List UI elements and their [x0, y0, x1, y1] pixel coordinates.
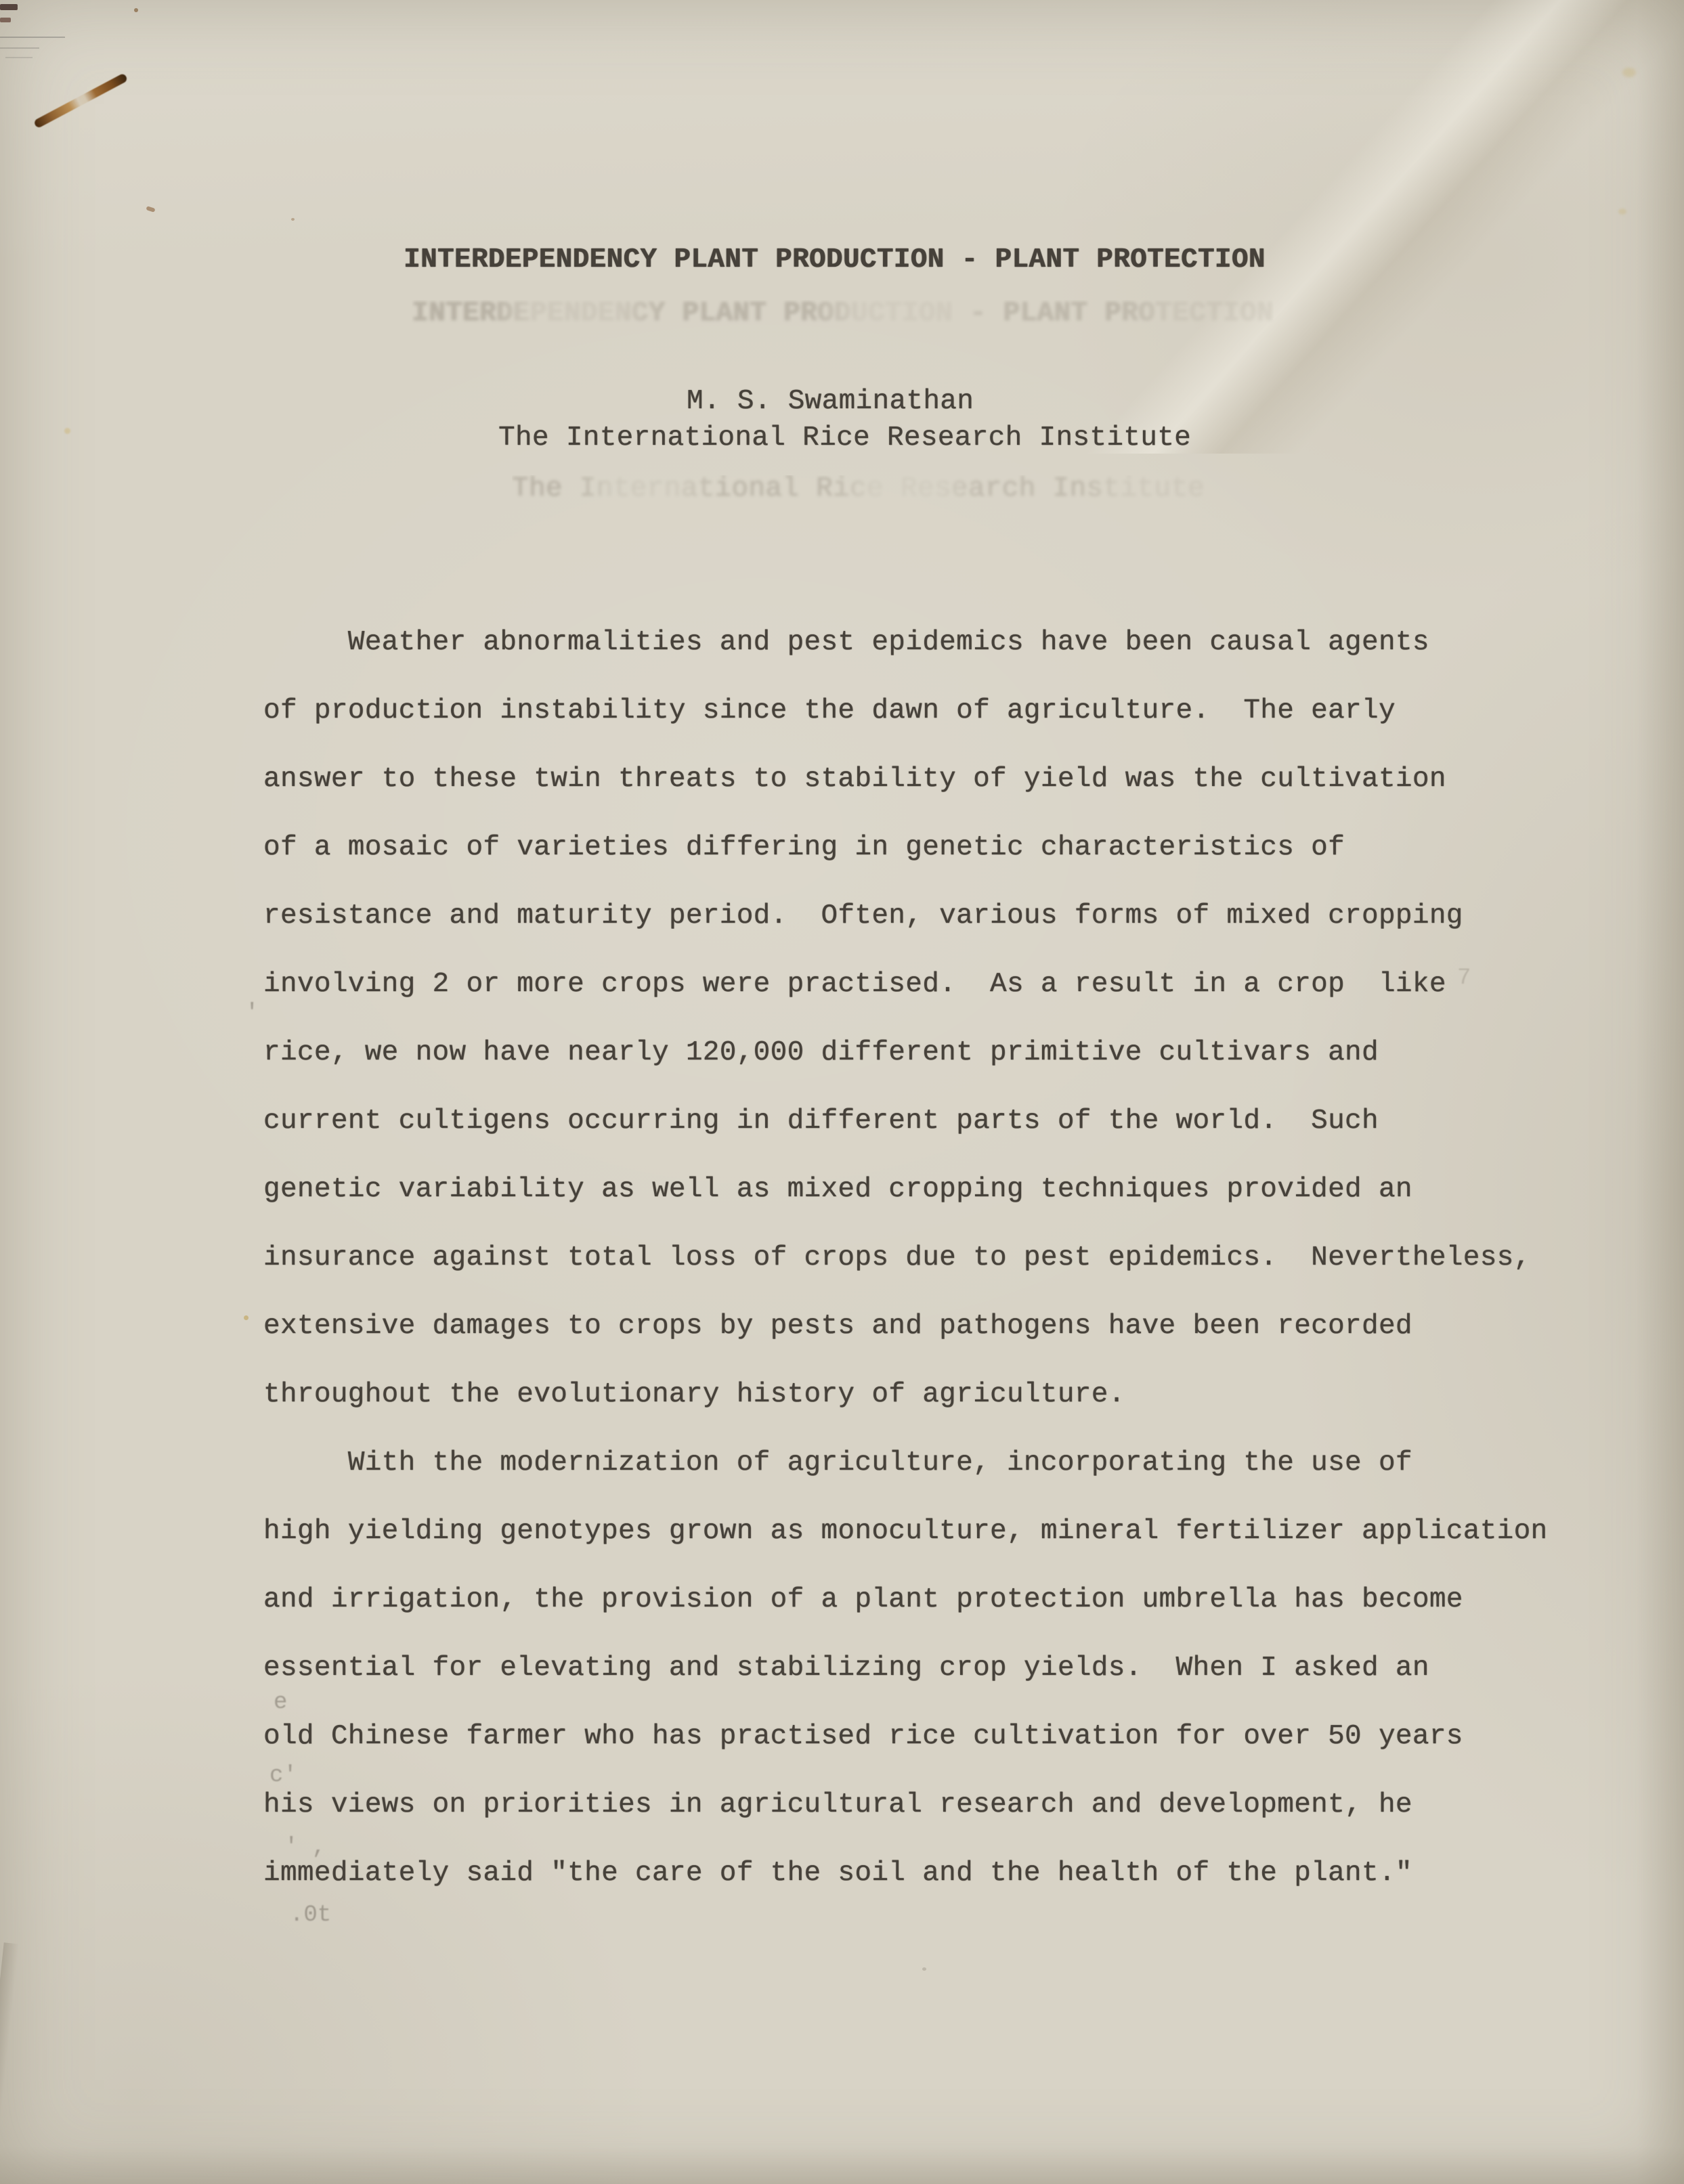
body-line: resistance and maturity period. Often, v…	[263, 902, 1463, 930]
margin-ghost-mark: '	[245, 1002, 259, 1025]
pencil-hairline	[0, 47, 39, 49]
body-line: involving 2 or more crops were practised…	[263, 971, 1446, 999]
corner-ink-mark	[0, 18, 11, 22]
margin-ghost-mark: c'	[269, 1764, 297, 1787]
body-line: immediately said "the care of the soil a…	[263, 1860, 1412, 1887]
affiliation: The International Rice Research Institut…	[498, 424, 1191, 452]
fold-crease-top-right	[1075, 0, 1684, 454]
document-title: INTERDEPENDENCY PLANT PRODUCTION - PLANT…	[404, 246, 1266, 274]
margin-ghost-mark: ' ,	[284, 1836, 326, 1859]
pencil-hairline	[5, 57, 33, 58]
body-line: essential for elevating and stabilizing …	[263, 1655, 1429, 1682]
paper-stain	[244, 1315, 249, 1320]
paper-speck	[146, 206, 155, 213]
page-edge-shadow-bottom	[0, 2147, 1684, 2184]
document-title-ghost-impression: INTERDEPENDENCY PLANT PRODUCTION - PLANT…	[412, 300, 1274, 328]
body-line: old Chinese farmer who has practised ric…	[263, 1723, 1463, 1751]
paper-stain	[64, 428, 70, 434]
pencil-hairline	[0, 37, 65, 38]
body-line: of production instability since the dawn…	[263, 697, 1396, 725]
margin-ghost-mark: e	[274, 1691, 287, 1714]
affiliation-ghost-impression: The International Rice Research Institut…	[512, 475, 1205, 503]
corner-ink-mark	[0, 4, 18, 10]
page-edge-shadow-right	[1637, 0, 1684, 2184]
body-line: rice, we now have nearly 120,000 differe…	[263, 1039, 1379, 1067]
margin-ghost-mark: 7	[1457, 967, 1471, 990]
paper-speck	[922, 1967, 926, 1971]
body-line: Weather abnormalities and pest epidemics…	[263, 629, 1429, 657]
body-line: his views on priorities in agricultural …	[263, 1791, 1412, 1819]
scanned-document-page: INTERDEPENDENCY PLANT PRODUCTION - PLANT…	[0, 0, 1684, 2184]
body-line: of a mosaic of varieties differing in ge…	[263, 834, 1345, 862]
body-line: and irrigation, the provision of a plant…	[263, 1586, 1463, 1614]
paper-stain	[1622, 68, 1636, 77]
fold-crease-bottom-left	[0, 1942, 24, 2146]
body-line: throughout the evolutionary history of a…	[263, 1381, 1125, 1409]
body-line: high yielding genotypes grown as monocul…	[263, 1518, 1548, 1546]
author-name: M. S. Swaminathan	[687, 388, 974, 416]
margin-ghost-mark: .0t	[290, 1904, 331, 1927]
body-line: current cultigens occurring in different…	[263, 1108, 1379, 1135]
body-line: answer to these twin threats to stabilit…	[263, 766, 1446, 793]
body-line: extensive damages to crops by pests and …	[263, 1313, 1412, 1340]
paper-speck	[134, 8, 138, 12]
paper-speck	[291, 218, 295, 221]
body-line: With the modernization of agriculture, i…	[263, 1449, 1412, 1477]
paper-stain	[1618, 209, 1626, 215]
rust-staple-mark	[33, 72, 128, 129]
body-line: genetic variability as well as mixed cro…	[263, 1176, 1412, 1204]
body-line: insurance against total loss of crops du…	[263, 1244, 1531, 1272]
